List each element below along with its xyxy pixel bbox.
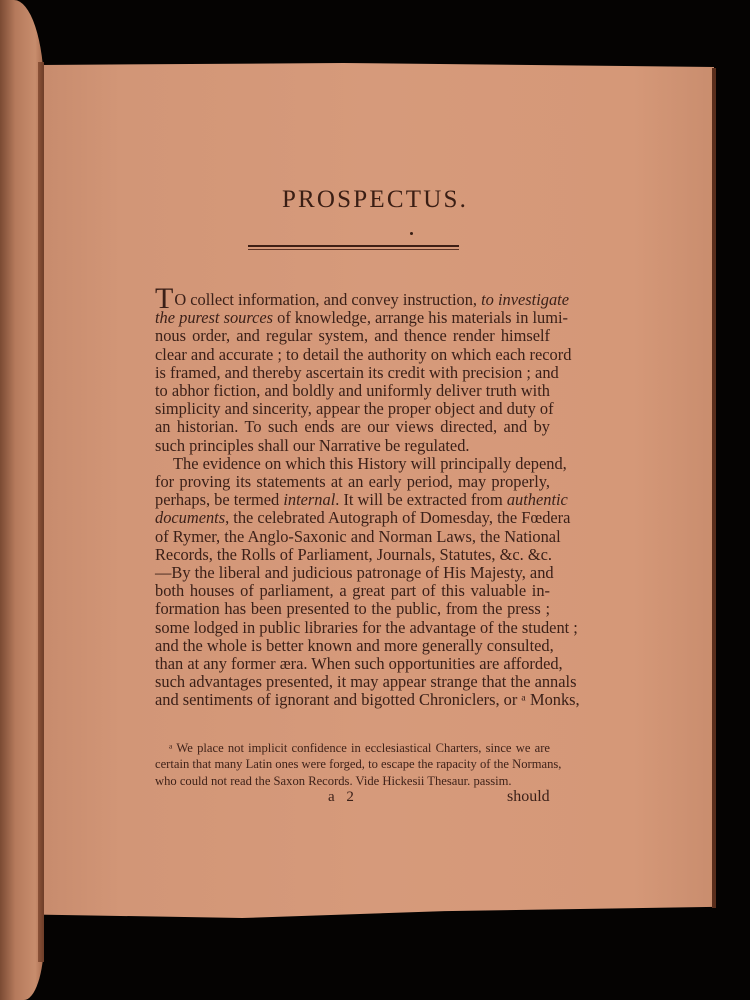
text-line: clear and accurate ; to detail the autho… bbox=[155, 346, 550, 364]
italic-text: internal bbox=[283, 490, 335, 509]
title-double-rule bbox=[248, 245, 459, 250]
text-run: clear and accurate ; to detail the autho… bbox=[155, 345, 571, 364]
ornament-dot bbox=[410, 232, 413, 235]
text-run: of Rymer, the Anglo-Saxonic and Norman L… bbox=[155, 527, 561, 546]
text-run: both houses of parliament, a great part … bbox=[155, 581, 550, 600]
text-line: the purest sources of knowledge, arrange… bbox=[155, 309, 550, 327]
text-line: of Rymer, the Anglo-Saxonic and Norman L… bbox=[155, 528, 550, 546]
text-run: and sentiments of ignorant and bigotted … bbox=[155, 690, 580, 709]
text-run: Records, the Rolls of Parliament, Journa… bbox=[155, 545, 552, 564]
text-run: and the whole is better known and more g… bbox=[155, 636, 554, 655]
footnote-line: certain that many Latin ones were forged… bbox=[155, 756, 550, 772]
text-run: simplicity and sincerity, appear the pro… bbox=[155, 399, 554, 418]
text-line: than at any former æra. When such opport… bbox=[155, 655, 550, 673]
italic-text: the purest sources bbox=[155, 308, 273, 327]
text-line: for proving its statements at an early p… bbox=[155, 473, 550, 491]
text-line: and sentiments of ignorant and bigotted … bbox=[155, 691, 550, 709]
text-line: The evidence on which this History will … bbox=[155, 455, 550, 473]
text-run: to abhor fiction, and boldly and uniform… bbox=[155, 381, 550, 400]
text-line: is framed, and thereby ascertain its cre… bbox=[155, 364, 550, 382]
text-line: simplicity and sincerity, appear the pro… bbox=[155, 400, 550, 418]
text-line: documents, the celebrated Autograph of D… bbox=[155, 509, 550, 527]
text-line: formation has been presented to the publ… bbox=[155, 600, 550, 618]
catchword: should bbox=[507, 788, 550, 806]
text-line: both houses of parliament, a great part … bbox=[155, 582, 550, 600]
text-run: is framed, and thereby ascertain its cre… bbox=[155, 363, 559, 382]
text-run: formation has been presented to the publ… bbox=[155, 599, 550, 618]
text-run: than at any former æra. When such opport… bbox=[155, 654, 563, 673]
footnote: ᵃ We place not implicit confidence in ec… bbox=[155, 740, 550, 789]
text-line: such advantages presented, it may appear… bbox=[155, 673, 550, 691]
italic-text: to investigate bbox=[481, 290, 569, 309]
italic-text: documents bbox=[155, 508, 225, 527]
signature-mark: a 2 bbox=[328, 789, 358, 806]
text-run: some lodged in public libraries for the … bbox=[155, 618, 578, 637]
footnote-line: who could not read the Saxon Records. Vi… bbox=[155, 773, 550, 789]
text-line: an historian. To such ends are our views… bbox=[155, 418, 550, 436]
text-line: —By the liberal and judicious patronage … bbox=[155, 564, 550, 582]
page-title: PROSPECTUS. bbox=[0, 186, 750, 214]
text-run: for proving its statements at an early p… bbox=[155, 472, 550, 491]
text-line: nous order, and regular system, and then… bbox=[155, 327, 550, 345]
text-line: to abhor fiction, and boldly and uniform… bbox=[155, 382, 550, 400]
text-run: an historian. To such ends are our views… bbox=[155, 417, 550, 436]
text-run: of knowledge, arrange his materials in l… bbox=[273, 308, 568, 327]
italic-text: authentic bbox=[507, 490, 568, 509]
text-line: Records, the Rolls of Parliament, Journa… bbox=[155, 546, 550, 564]
text-line: and the whole is better known and more g… bbox=[155, 637, 550, 655]
text-run: such advantages presented, it may appear… bbox=[155, 672, 576, 691]
text-run: . It will be extracted from bbox=[335, 490, 507, 509]
text-line: such principles shall our Narrative be r… bbox=[155, 437, 550, 455]
text-run: such principles shall our Narrative be r… bbox=[155, 436, 470, 455]
paragraph-2: The evidence on which this History will … bbox=[155, 455, 550, 710]
paragraph-1: TO collect information, and convey instr… bbox=[155, 290, 550, 455]
text-run: —By the liberal and judicious patronage … bbox=[155, 563, 554, 582]
text-run: , the celebrated Autograph of Domesday, … bbox=[225, 508, 570, 527]
text-line: perhaps, be termed internal. It will be … bbox=[155, 491, 550, 509]
text-run: The evidence on which this History will … bbox=[173, 454, 567, 473]
text-run: nous order, and regular system, and then… bbox=[155, 326, 550, 345]
text-line: some lodged in public libraries for the … bbox=[155, 619, 550, 637]
prospectus-body: TO collect information, and convey instr… bbox=[155, 290, 550, 710]
text-line: TO collect information, and convey instr… bbox=[155, 290, 550, 309]
text-run: perhaps, be termed bbox=[155, 490, 283, 509]
footnote-line: ᵃ We place not implicit confidence in ec… bbox=[155, 740, 550, 756]
text-run: O collect information, and convey instru… bbox=[174, 290, 481, 309]
